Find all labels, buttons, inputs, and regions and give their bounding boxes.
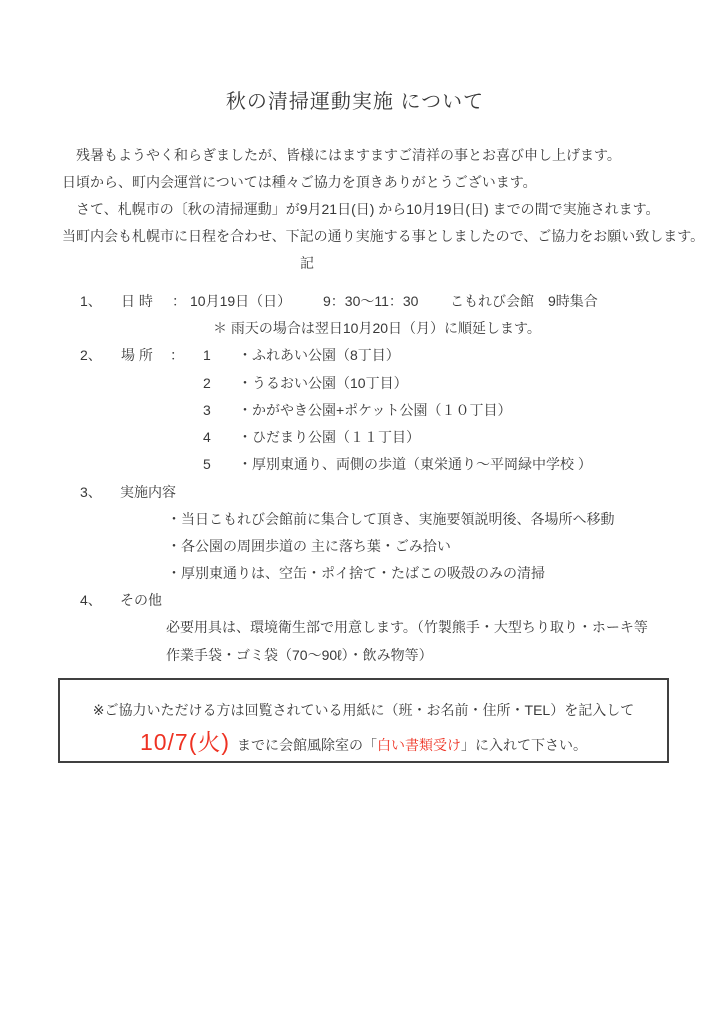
rain-note: ＊ 雨天の場合は翌日10月20日（月）に順延します。 [213, 320, 541, 338]
section2-colon: ： [170, 347, 184, 365]
event-time: 9：30～11：30 [323, 293, 418, 311]
section2-number: 2、 [80, 347, 102, 365]
section1-number: 1、 [80, 293, 102, 311]
section2-label: 場 所 [121, 347, 153, 365]
event-date: 10月19日（日） [190, 293, 291, 311]
notice-line-1: ※ご協力いただける方は回覧されている用紙に（班・お名前・住所・TEL）を記入して [58, 700, 669, 720]
document-title: 秋の清掃運動実施 について [0, 85, 710, 114]
content-bullet: ・各公園の周囲歩道の 主に落ち葉・ごみ拾い [167, 538, 451, 556]
place-item-number: 1 [203, 347, 211, 365]
place-item: ・厚別東通り、両側の歩道（東栄通り～平岡緑中学校 ） [238, 456, 592, 474]
intro-line-1: 残暑もようやく和らぎましたが、皆様にはますますご清祥の事とお喜び申し上げます。 [62, 147, 621, 165]
place-item: ・ひだまり公園（１１丁目） [238, 429, 420, 447]
notice-deadline-date: 10/7(火) [140, 724, 230, 757]
section1-colon: ： [172, 293, 186, 311]
record-mark: 記 [300, 255, 314, 273]
notice-highlight: 白い書類受け [377, 735, 461, 755]
content-bullet: ・厚別東通りは、空缶・ポイ捨て・たばこの吸殻のみの清掃 [167, 565, 545, 583]
intro-line-2: 日頃から、町内会運営については種々ご協力を頂きありがとうございます。 [62, 174, 537, 192]
intro-line-4: 当町内会も札幌市に日程を合わせ、下記の通り実施する事としましたので、ご協力をお願… [62, 228, 704, 246]
document-page: 秋の清掃運動実施 について 残暑もようやく和らぎましたが、皆様にはますますご清祥… [0, 0, 724, 1024]
intro-line-3: さて、札幌市の〔秋の清掃運動」が9月21日(日) から10月19日(日) までの… [62, 201, 660, 219]
content-bullet: ・当日こもれび会館前に集合して頂き、実施要領説明後、各場所へ移動 [167, 511, 614, 529]
event-meeting-place: こもれび会館 9時集合 [450, 293, 598, 311]
section4-number: 4、 [80, 592, 102, 610]
section3-number: 3、 [80, 484, 102, 502]
notice-line-2: 10/7(火) までに会館風除室の「 白い書類受け 」に入れて下さい。 [58, 724, 669, 757]
place-item-number: 3 [203, 402, 211, 420]
section1-label: 日 時 [121, 293, 153, 311]
place-item-number: 2 [203, 375, 211, 393]
section4-label: その他 [120, 592, 162, 610]
place-item: ・ふれあい公園（8丁目） [238, 347, 400, 365]
section3-label: 実施内容 [120, 484, 176, 502]
notice-text-mid: までに会館風除室の「 [237, 735, 377, 755]
other-line: 作業手袋・ゴミ袋（70～90ℓ）・飲み物等） [166, 647, 433, 665]
place-item: ・かがやき公園+ポケット公園（１０丁目） [238, 402, 511, 420]
place-item-number: 4 [203, 429, 211, 447]
place-item-number: 5 [203, 456, 211, 474]
place-item: ・うるおい公園（10丁目） [238, 375, 408, 393]
other-line: 必要用具は、環境衛生部で用意します。（竹製熊手・大型ちり取り・ホーキ等 [166, 619, 648, 637]
notice-text-end: 」に入れて下さい。 [461, 735, 587, 755]
